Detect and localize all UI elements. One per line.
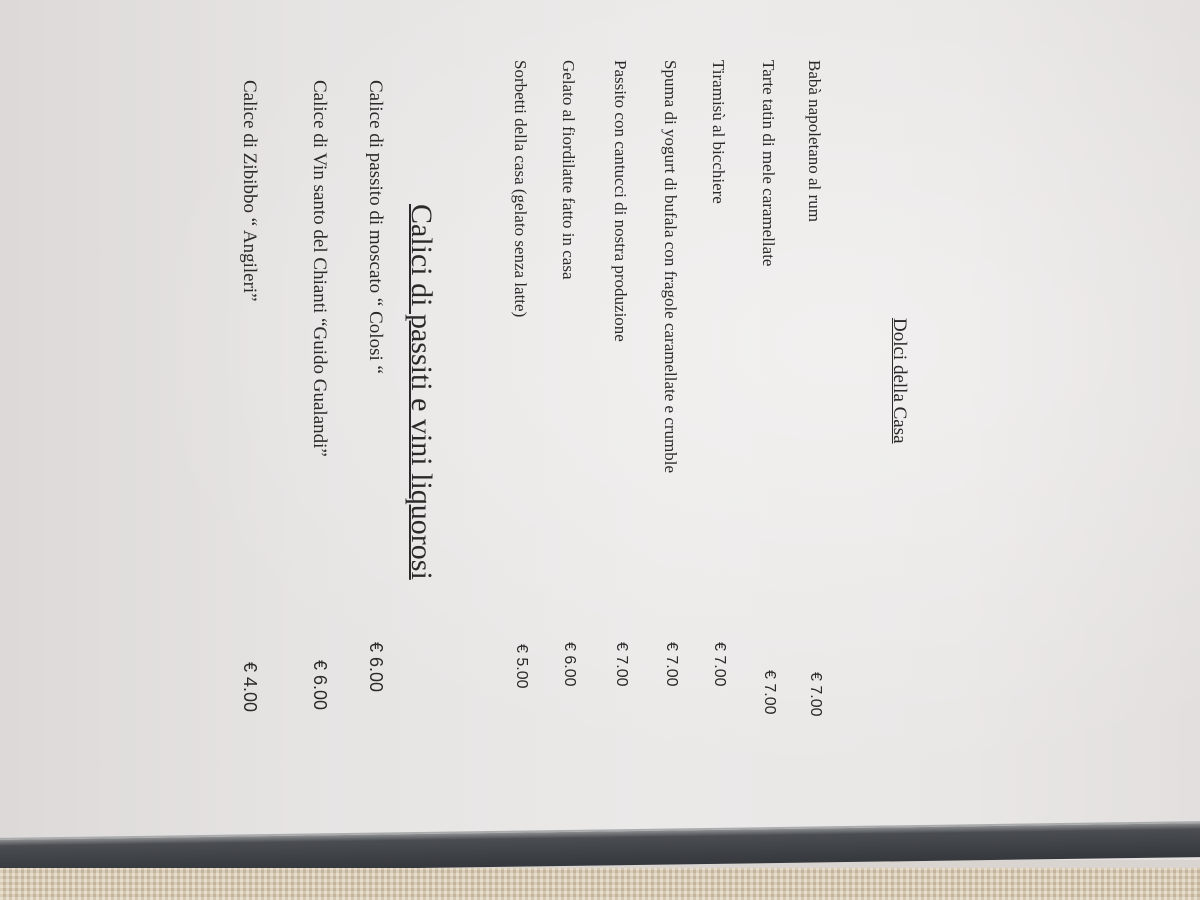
dessert-item-price: € 7.00 <box>710 642 728 686</box>
dessert-item-name: Tiramisù al bicchiere <box>708 60 728 204</box>
wine-item-price: € 6.00 <box>309 660 330 710</box>
wine-item-price: € 6.00 <box>365 642 386 692</box>
menu-content: Dolci della Casa Babà napoletano al rum … <box>150 60 950 840</box>
dessert-item-price: € 7.00 <box>760 670 778 714</box>
dessert-item-name: Babà napoletano al rum <box>804 60 824 222</box>
tablecloth <box>0 868 1200 900</box>
wine-item-price: € 4.00 <box>239 662 260 712</box>
dessert-item-name: Passito con cantucci di nostra produzion… <box>610 60 630 342</box>
dessert-item-price: € 7.00 <box>662 642 680 686</box>
dessert-section-title: Dolci della Casa <box>888 318 910 444</box>
wine-item-name: Calice di Vin santo del Chianti “Guido G… <box>308 80 330 457</box>
dessert-item-price: € 7.00 <box>806 672 824 716</box>
wine-item-name: Calice di passito di moscato “ Colosi “ <box>364 80 386 374</box>
dessert-item-price: € 7.00 <box>612 642 630 686</box>
dessert-item-price: € 6.00 <box>560 642 578 686</box>
dessert-item-name: Gelato al fiordilatte fatto in casa <box>558 60 578 280</box>
wine-section-title: Calici di passiti e vini liquorosi <box>404 204 438 580</box>
dessert-item-name: Sorbetti della casa (gelato senza latte) <box>510 60 530 317</box>
wine-item-name: Calice di Zibibbo “ Angileri” <box>238 80 260 302</box>
dessert-item-name: Tarte tatin di mele caramellate <box>758 60 778 266</box>
dessert-item-price: € 5.00 <box>512 644 530 688</box>
dessert-item-name: Spuma di yogurt di bufala con fragole ca… <box>660 60 680 473</box>
